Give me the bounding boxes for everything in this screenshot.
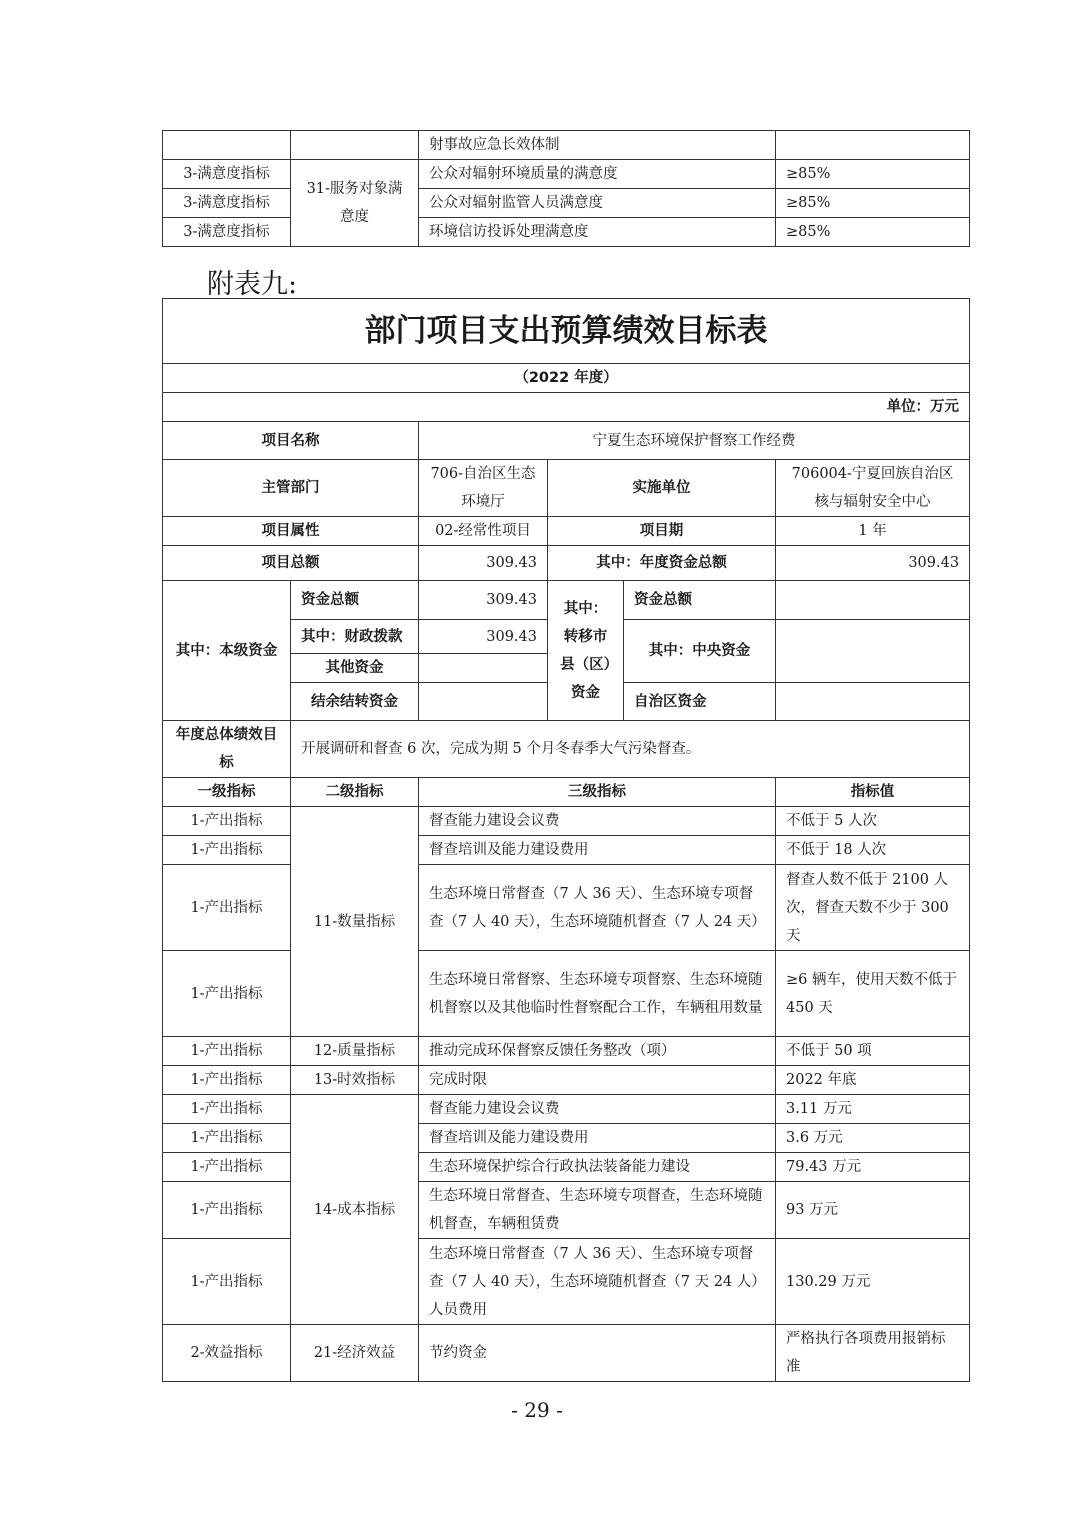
cell: 完成时限	[419, 1066, 776, 1095]
cell: 1-产出指标	[163, 865, 291, 951]
impl-value: 706004-宁夏回族自治区核与辐射安全中心	[776, 460, 970, 517]
period-value: 1 年	[776, 517, 970, 546]
cell: 生态环境日常督查、生态环境专项督查，生态环境随机督查，车辆租赁费	[419, 1182, 776, 1239]
header-l1: 一级指标	[163, 778, 291, 807]
appendix-label: 附表九:	[207, 262, 297, 301]
cell: 1-产出指标	[163, 1182, 291, 1239]
cell: 12-质量指标	[291, 1037, 419, 1066]
cell: 1-产出指标	[163, 1066, 291, 1095]
header-value: 指标值	[776, 778, 970, 807]
cell: 1-产出指标	[163, 951, 291, 1037]
cell: 督查培训及能力建设费用	[419, 1124, 776, 1153]
cell: 环境信访投诉处理满意度	[419, 218, 776, 247]
carryover-label: 结余结转资金	[291, 683, 419, 721]
cell: 公众对辐射监管人员满意度	[419, 189, 776, 218]
central-funds-label: 其中：中央资金	[624, 620, 776, 683]
attr-label: 项目属性	[163, 517, 419, 546]
table-row: 3-满意度指标 环境信访投诉处理满意度 ≥85%	[163, 218, 970, 247]
cell: 11-数量指标	[291, 807, 419, 1037]
goal-label: 年度总体绩效目标	[163, 721, 291, 778]
cell: 督查能力建设会议费	[419, 807, 776, 836]
continued-indicator-table: 射事故应急长效体制 3-满意度指标 31-服务对象满意度 公众对辐射环境质量的满…	[162, 130, 970, 247]
cell: ≥85%	[776, 218, 970, 247]
cell: 1-产出指标	[163, 1037, 291, 1066]
local-total-value: 309.43	[419, 581, 548, 620]
cell: 21-经济效益	[291, 1325, 419, 1382]
year-label: （2022 年度）	[163, 364, 970, 393]
local-total-label: 资金总额	[291, 581, 419, 620]
cell	[163, 131, 291, 160]
cell: 31-服务对象满意度	[291, 160, 419, 247]
cell: 不低于 5 人次	[776, 807, 970, 836]
annual-value: 309.43	[776, 546, 970, 581]
cell: 督查人数不低于 2100 人次，督查天数不少于 300 天	[776, 865, 970, 951]
central-funds-value	[776, 620, 970, 683]
attr-value: 02-经常性项目	[419, 517, 548, 546]
cell: ≥85%	[776, 160, 970, 189]
goal-text: 开展调研和督查 6 次，完成为期 5 个月冬春季大气污染督查。	[291, 721, 970, 778]
cell: 督查能力建设会议费	[419, 1095, 776, 1124]
cell: 不低于 50 项	[776, 1037, 970, 1066]
cell: 2022 年底	[776, 1066, 970, 1095]
header-l3: 三级指标	[419, 778, 776, 807]
cell: 3.11 万元	[776, 1095, 970, 1124]
cell: 推动完成环保督察反馈任务整改（项）	[419, 1037, 776, 1066]
cell: 生态环境保护综合行政执法装备能力建设	[419, 1153, 776, 1182]
table-row: 3-满意度指标 31-服务对象满意度 公众对辐射环境质量的满意度 ≥85%	[163, 160, 970, 189]
cell: 13-时效指标	[291, 1066, 419, 1095]
transfer-total-label: 资金总额	[624, 581, 776, 620]
cell: 生态环境日常督查（7 人 36 天）、生态环境专项督查（7 人 40 天），生态…	[419, 1239, 776, 1325]
cell: 1-产出指标	[163, 807, 291, 836]
cell: 生态环境日常督查（7 人 36 天）、生态环境专项督查（7 人 40 天），生态…	[419, 865, 776, 951]
fiscal-label: 其中：财政拨款	[291, 620, 419, 654]
total-label: 项目总额	[163, 546, 419, 581]
project-name-label: 项目名称	[163, 422, 419, 460]
cell: 不低于 18 人次	[776, 836, 970, 865]
cell: 1-产出指标	[163, 1153, 291, 1182]
local-funds-label: 其中：本级资金	[163, 581, 291, 721]
carryover-value	[419, 683, 548, 721]
cell: 3-满意度指标	[163, 160, 291, 189]
cell: 93 万元	[776, 1182, 970, 1239]
fiscal-value: 309.43	[419, 620, 548, 654]
cell: 1-产出指标	[163, 836, 291, 865]
cell: 130.29 万元	[776, 1239, 970, 1325]
page-number: - 29 -	[0, 1398, 1074, 1422]
transfer-funds-label: 其中：转移市县（区）资金	[548, 581, 624, 721]
cell: 生态环境日常督察、生态环境专项督察、生态环境随机督察以及其他临时性督察配合工作，…	[419, 951, 776, 1037]
budget-performance-table: 部门项目支出预算绩效目标表 （2022 年度） 单位：万元 项目名称 宁夏生态环…	[162, 298, 970, 1382]
cell	[776, 131, 970, 160]
cell: 节约资金	[419, 1325, 776, 1382]
cell: 1-产出指标	[163, 1239, 291, 1325]
cell: 1-产出指标	[163, 1095, 291, 1124]
header-l2: 二级指标	[291, 778, 419, 807]
total-value: 309.43	[419, 546, 548, 581]
dept-label: 主管部门	[163, 460, 419, 517]
table-row: 射事故应急长效体制	[163, 131, 970, 160]
cell: 14-成本指标	[291, 1095, 419, 1325]
region-funds-value	[776, 683, 970, 721]
region-funds-label: 自治区资金	[624, 683, 776, 721]
impl-label: 实施单位	[548, 460, 776, 517]
unit-label: 单位：万元	[163, 393, 970, 422]
cell: 射事故应急长效体制	[419, 131, 776, 160]
table-row: 3-满意度指标 公众对辐射监管人员满意度 ≥85%	[163, 189, 970, 218]
cell: 1-产出指标	[163, 1124, 291, 1153]
annual-label: 其中：年度资金总额	[548, 546, 776, 581]
cell: ≥85%	[776, 189, 970, 218]
transfer-total-value	[776, 581, 970, 620]
cell: 2-效益指标	[163, 1325, 291, 1382]
cell: 3.6 万元	[776, 1124, 970, 1153]
period-label: 项目期	[548, 517, 776, 546]
cell	[291, 131, 419, 160]
cell: 79.43 万元	[776, 1153, 970, 1182]
cell: 督查培训及能力建设费用	[419, 836, 776, 865]
dept-value: 706-自治区生态环境厅	[419, 460, 548, 517]
other-funds-label: 其他资金	[291, 654, 419, 683]
cell: ≥6 辆车，使用天数不低于 450 天	[776, 951, 970, 1037]
other-funds-value	[419, 654, 548, 683]
cell: 3-满意度指标	[163, 218, 291, 247]
table-title: 部门项目支出预算绩效目标表	[163, 299, 970, 364]
cell: 3-满意度指标	[163, 189, 291, 218]
project-name: 宁夏生态环境保护督察工作经费	[419, 422, 970, 460]
cell: 公众对辐射环境质量的满意度	[419, 160, 776, 189]
cell: 严格执行各项费用报销标准	[776, 1325, 970, 1382]
